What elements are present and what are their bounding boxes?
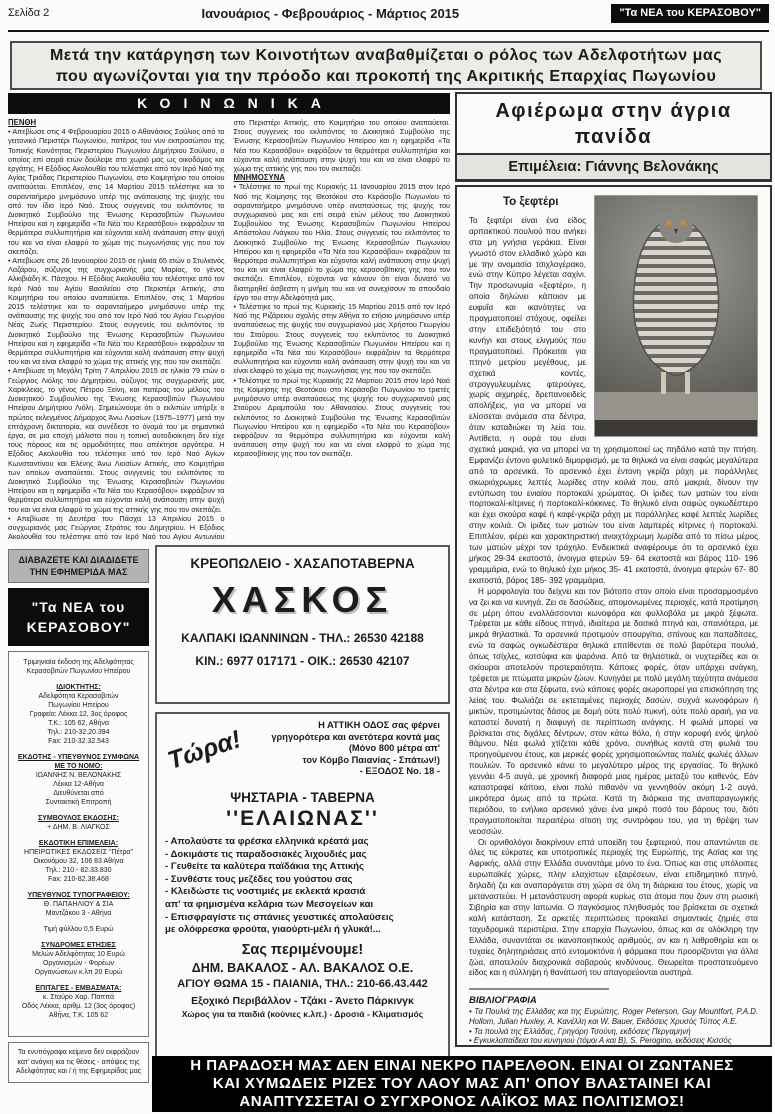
lead-headline: Μετά την κατάργηση των Κοινοτήτων αναβαθ… [10, 41, 762, 90]
imprint-section: ΣΥΝΔΡΟΜΕΣ ΕΤΗΣΙΕΣ Μελών Αδελφότητας 10 Ε… [12, 941, 145, 977]
imprint-section: Τριμηνιαία έκδοση της Αδελφότητας Κερασο… [12, 658, 145, 676]
bibliography-divider [469, 988, 609, 990]
imprint-section: Τιμή φύλλου 0,5 Ευρώ [12, 925, 145, 934]
bibliography-list: • Τα Πουλιά της Ελλάδας και της Ευρώπης,… [469, 1007, 758, 1047]
butcher-ad-kind: ΚΡΕΟΠΩΛΕΙΟ - ΧΑΣΑΠΟΤΑΒΕΡΝΑ [157, 556, 448, 571]
sparrowhawk-photo [594, 195, 758, 437]
imprint-heading: ΙΔΙΟΚΤΗΤΗΣ: [12, 683, 145, 692]
tavern-ad-welcome: Σας περιμένουμε! [165, 942, 440, 958]
attiki-odos-note: Η ΑΤΤΙΚΗ ΟΔΟΣ σας φέρνει γρηγορότερα και… [237, 720, 440, 778]
publication-info-column: ΔΙΑΒΑΖΕΤΕ ΚΑΙ ΔΙΑΔΙΔΕΤΕ ΤΗΝ ΕΦΗΜΕΡΙΔΑ ΜΑ… [8, 549, 149, 1083]
imprint-box: Τριμηνιαία έκδοση της Αδελφότητας Κερασο… [8, 651, 149, 1037]
tavern-ad-kids-note: Χώρος για τα παιδιά (κούνιες κ.λπ.) - Δρ… [165, 1009, 440, 1019]
page-number-label: Σελίδα 2 [8, 4, 49, 19]
imprint-heading: ΕΚΔΟΤΙΚΗ ΕΠΙΜΕΛΕΙΑ: [12, 839, 145, 848]
imprint-heading: ΣΥΜΒΟΥΛΟΣ ΕΚΔΟΣΗΣ: [12, 814, 145, 823]
article-paragraph: Η μορφολογία του δείχνει και τον βιότοπο… [469, 587, 758, 838]
imprint-section: ΕΠΙΤΑΓΕΣ - ΕΜΒΑΣΜΑΤΑ: κ. Σταύρο Χαρ. Παπ… [12, 984, 145, 1020]
article-paragraph: Οι ορνιθολόγοι διακρίνουν επτά υποείδη τ… [469, 838, 758, 980]
butcher-ad: ΚΡΕΟΠΩΛΕΙΟ - ΧΑΣΑΠΟΤΑΒΕΡΝΑ ΧΑΣΚΟΣ ΚΑΛΠΑΚ… [155, 545, 450, 704]
obituary-item: • Απεβίωσε στις 4 Φεβρουαρίου 2015 ο Αθα… [8, 127, 225, 256]
bird-illustration [595, 196, 757, 436]
issue-date-range: Ιανουάριος - Φεβρουάριος - Μάρτιος 2015 [202, 4, 460, 21]
imprint-body: ΙΩΑΝΝΗΣ Ν. ΒΕΛΟΝΑΚΗΣ Λέκκα 12-Αθήνα Διευ… [12, 771, 145, 807]
obituary-item: • Απεβίωσε τη Μεγάλη Τρίτη 7 Απριλίου 20… [8, 366, 225, 513]
imprint-section: ΕΚΔΟΤΗΣ - ΥΠΕΥΘΥΝΟΣ ΣΥΜΦΩΝΑ ΜΕ ΤΟ ΝΟΜΟ: … [12, 753, 145, 807]
memorial-item: • Τελέστηκε το πρωί της Κυριακής 11 Ιανο… [234, 182, 451, 302]
imprint-body: Τιμή φύλλου 0,5 Ευρώ [12, 925, 145, 934]
tavern-ad-road-note: Τώρα! Η ΑΤΤΙΚΗ ΟΔΟΣ σας φέρνει γρηγορότε… [165, 720, 440, 784]
imprint-heading: ΕΚΔΟΤΗΣ - ΥΠΕΥΘΥΝΟΣ ΣΥΜΦΩΝΑ ΜΕ ΤΟ ΝΟΜΟ: [12, 753, 145, 771]
imprint-section: ΥΠΕΥΘΥΝΟΣ ΤΥΠΟΓΡΑΦΕΙΟΥ: Θ. ΠΑΠΑΗΛΙΟΥ & Σ… [12, 891, 145, 918]
obituary-item: • Απεβίωσε στις 26 Ιανουαρίου 2015 σε ηλ… [8, 256, 225, 366]
imprint-heading: ΕΠΙΤΑΓΕΣ - ΕΜΒΑΣΜΑΤΑ: [12, 984, 145, 993]
ads-column: ΚΡΕΟΠΩΛΕΙΟ - ΧΑΣΑΠΟΤΑΒΕΡΝΑ ΧΑΣΚΟΣ ΚΑΛΠΑΚ… [155, 545, 450, 1058]
tavern-ad: Τώρα! Η ΑΤΤΙΚΗ ΟΔΟΣ σας φέρνει γρηγορότε… [155, 712, 450, 1058]
masthead-badge: "Τα ΝΕΑ του ΚΕΡΑΣΟΒΟΥ" [611, 4, 769, 23]
butcher-ad-name: ΧΑΣΚΟΣ [157, 579, 448, 621]
imprint-section: ΙΔΙΟΚΤΗΤΗΣ: Αδελφότητα Κερασοβιτών Πωγων… [12, 683, 145, 746]
memorials-heading: ΜΝΗΜΟΣΥΝΑ [234, 173, 451, 182]
obituaries-heading: ΠΕΝΘΗ [8, 118, 225, 127]
imprint-body: κ. Σταύρο Χαρ. Παππά Οδός Λέκκα, αριθμ. … [12, 993, 145, 1020]
disclaimer-box: Τα ενυπόγραφα κείμενα δεν εκφράζουν κατ'… [8, 1042, 149, 1083]
memorial-item: • Τελέστηκε το πρωί της Κυριακής 22 Μαρτ… [234, 376, 451, 459]
imprint-section: ΕΚΔΟΤΙΚΗ ΕΠΙΜΕΛΕΙΑ: ΗΠΕΙΡΩΤΙΚΕΣ ΕΚΔΟΣΕΙΣ… [12, 839, 145, 884]
tavern-ad-features: Εξοχικό Περιβάλλον - Τζάκι - Άνετο Πάρκι… [165, 995, 440, 1007]
imprint-body: ΗΠΕΙΡΩΤΙΚΕΣ ΕΚΔΟΣΕΙΣ "Πέτρα" Οικονόμου 3… [12, 848, 145, 884]
imprint-body: Μελών Αδελφότητας 10 Ευρώ Οργανισμών - Φ… [12, 950, 145, 977]
tavern-ad-address: ΑΓΙΟΥ ΘΩΜΑ 15 - ΠΑΙΑΝΙΑ, ΤΗΛ.: 210-66.43… [165, 978, 440, 990]
tavern-ad-bullets: - Απολαύστε τα φρέσκα ελληνικά κρέατά μα… [165, 836, 440, 937]
feature-article-box: Το ξεφτέρι Το ξεφτέρι είναι ένα είδος αρ… [455, 185, 772, 1047]
imprint-heading: ΥΠΕΥΘΥΝΟΣ ΤΥΠΟΓΡΑΦΕΙΟΥ: [12, 891, 145, 900]
bibliography-heading: ΒΙΒΛΙΟΓΡΑΦΙΑ [469, 996, 758, 1007]
page-header: Σελίδα 2 Ιανουάριος - Φεβρουάριος - Μάρτ… [8, 4, 769, 32]
imprint-section: ΣΥΜΒΟΥΛΟΣ ΕΚΔΟΣΗΣ: + ΔΗΜ. Β. ΛΙΑΓΚΟΣ [12, 814, 145, 832]
imprint-body: Αδελφότητα Κερασοβιτών Πωγωνίου Ηπείρου … [12, 692, 145, 746]
read-and-share-box: ΔΙΑΒΑΖΕΤΕ ΚΑΙ ΔΙΑΔΙΔΕΤΕ ΤΗΝ ΕΦΗΜΕΡΙΔΑ ΜΑ… [8, 549, 149, 583]
butcher-ad-phone: ΚΑΛΠΑΚΙ ΙΩΑΝΝΙΝΩΝ - ΤΗΛ.: 26530 42188 [157, 631, 448, 645]
imprint-body: + ΔΗΜ. Β. ΛΙΑΓΚΟΣ [12, 823, 145, 832]
newspaper-name-box: "Τα ΝΕΑ του ΚΕΡΑΣΟΒΟΥ" [8, 588, 149, 646]
imprint-body: Τριμηνιαία έκδοση της Αδελφότητας Κερασο… [12, 658, 145, 676]
tradition-banner: Η ΠΑΡΑΔΟΣΗ ΜΑΣ ΔΕΝ ΕΙΝΑΙ ΝΕΚΡΟ ΠΑΡΕΛΘΟΝ.… [152, 1056, 772, 1112]
koinonika-columns: ΠΕΝΘΗ • Απεβίωσε στις 4 Φεβρουαρίου 2015… [8, 118, 450, 546]
imprint-heading: ΣΥΝΔΡΟΜΕΣ ΕΤΗΣΙΕΣ [12, 941, 145, 950]
tavern-ad-kind: ΨΗΣΤΑΡΙΑ - ΤΑΒΕΡΝΑ [165, 790, 440, 805]
butcher-ad-mobile: ΚΙΝ.: 6977 017171 - ΟΙΚ.: 26530 42107 [157, 654, 448, 668]
memorial-item: • Τελέστηκε το πρωί της Κυριακής 15 Μαρτ… [234, 302, 451, 376]
feature-editor-box: Επιμέλεια: Γιάννης Βελονάκης [455, 153, 772, 181]
tavern-ad-owners: ΔΗΜ. ΒΑΚΑΛΟΣ - ΑΛ. ΒΑΚΑΛΟΣ Ο.Ε. [165, 961, 440, 975]
koinonika-section-title: ΚΟΙΝΩΝΙΚΑ [8, 93, 450, 114]
imprint-body: Θ. ΠΑΠΑΗΛΙΟΥ & ΣΙΑ Μαντζάκου 3 - Αθήνα [12, 900, 145, 918]
tavern-ad-name: ''ΕΛΑΙΩΝΑΣ'' [165, 807, 440, 831]
now-exclamation: Τώρα! [164, 725, 244, 776]
newspaper-page: Σελίδα 2 Ιανουάριος - Φεβρουάριος - Μάρτ… [0, 0, 775, 1114]
